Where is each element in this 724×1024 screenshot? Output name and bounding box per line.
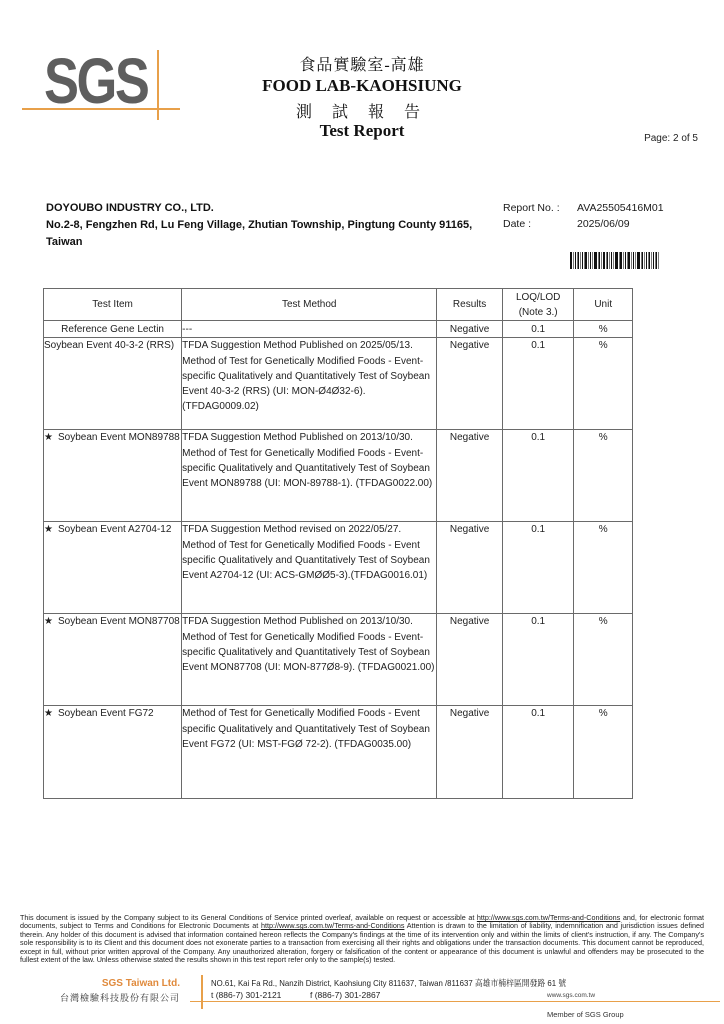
cell-test-method: --- bbox=[182, 321, 437, 338]
barcode bbox=[570, 252, 680, 269]
cell-test-item: Reference Gene Lectin bbox=[44, 321, 182, 338]
client-name: DOYOUBO INDUSTRY CO., LTD. bbox=[46, 200, 496, 217]
cell-test-item: ★Soybean Event MON87708 bbox=[44, 614, 182, 706]
table-header-row: Test Item Test Method Results LOQ/LOD (N… bbox=[44, 289, 633, 321]
cell-loq-lod: 0.1 bbox=[502, 522, 574, 614]
header-results: Results bbox=[437, 289, 503, 321]
cell-loq-lod: 0.1 bbox=[502, 430, 574, 522]
report-number-label: Report No. : bbox=[503, 200, 577, 216]
report-date-label: Date : bbox=[503, 216, 577, 232]
header-unit: Unit bbox=[574, 289, 633, 321]
footer-company-name: SGS Taiwan Ltd. bbox=[60, 978, 180, 989]
report-date-row: Date : 2025/06/09 bbox=[503, 216, 664, 232]
legal-disclaimer: This document is issued by the Company s… bbox=[20, 914, 704, 964]
report-date-value: 2025/06/09 bbox=[577, 216, 630, 232]
lab-name-chinese: 食品實驗室-高雄 bbox=[0, 52, 724, 75]
cell-test-item: ★Soybean Event MON89788 bbox=[44, 430, 182, 522]
cell-loq-lod: 0.1 bbox=[502, 321, 574, 338]
test-item-text: Soybean Event 40-3-2 (RRS) bbox=[44, 340, 174, 351]
table-row: Soybean Event 40-3-2 (RRS)TFDA Suggestio… bbox=[44, 338, 633, 430]
cell-unit: % bbox=[574, 706, 633, 799]
cell-loq-lod: 0.1 bbox=[502, 706, 574, 799]
report-meta: Report No. : AVA25505416M01 Date : 2025/… bbox=[503, 200, 664, 232]
cell-result: Negative bbox=[437, 614, 503, 706]
table-row: Reference Gene Lectin---Negative0.1% bbox=[44, 321, 633, 338]
header-test-item: Test Item bbox=[44, 289, 182, 321]
star-icon: ★ bbox=[44, 614, 58, 629]
footer-horizontal-rule bbox=[190, 1001, 720, 1002]
cell-test-method: TFDA Suggestion Method Published on 2013… bbox=[182, 614, 437, 706]
cell-loq-lod: 0.1 bbox=[502, 614, 574, 706]
cell-result: Negative bbox=[437, 321, 503, 338]
test-item-text: Soybean Event MON89788 bbox=[58, 432, 180, 443]
cell-test-method: TFDA Suggestion Method Published on 2025… bbox=[182, 338, 437, 430]
report-number-value: AVA25505416M01 bbox=[577, 200, 664, 216]
test-item-text: Soybean Event FG72 bbox=[58, 708, 154, 719]
cell-unit: % bbox=[574, 614, 633, 706]
star-icon: ★ bbox=[44, 430, 58, 445]
client-address-line2: Taiwan bbox=[46, 234, 496, 251]
footer-member-note: Member of SGS Group bbox=[547, 1010, 624, 1019]
footer-vertical-rule bbox=[201, 975, 203, 1009]
footer-telephone: t (886-7) 301-2121 bbox=[211, 990, 281, 1000]
star-icon: ★ bbox=[44, 522, 58, 537]
cell-result: Negative bbox=[437, 338, 503, 430]
footer-company-name-chinese: 台灣檢驗科技股份有限公司 bbox=[40, 991, 180, 1004]
cell-test-method: TFDA Suggestion Method revised on 2022/0… bbox=[182, 522, 437, 614]
cell-result: Negative bbox=[437, 430, 503, 522]
cell-result: Negative bbox=[437, 706, 503, 799]
table-row: ★Soybean Event MON87708TFDA Suggestion M… bbox=[44, 614, 633, 706]
cell-loq-lod: 0.1 bbox=[502, 338, 574, 430]
client-address-line1: No.2-8, Fengzhen Rd, Lu Feng Village, Zh… bbox=[46, 217, 496, 234]
cell-test-item: Soybean Event 40-3-2 (RRS) bbox=[44, 338, 182, 430]
footer-fax: f (886-7) 301-2867 bbox=[310, 990, 380, 1000]
test-item-text: Reference Gene Lectin bbox=[61, 324, 164, 335]
cell-unit: % bbox=[574, 430, 633, 522]
client-block: DOYOUBO INDUSTRY CO., LTD. No.2-8, Fengz… bbox=[46, 200, 496, 251]
header-loq-lod: LOQ/LOD (Note 3.) bbox=[502, 289, 574, 321]
header-loq-lod-note: (Note 3.) bbox=[503, 305, 574, 320]
report-title: Test Report bbox=[0, 121, 724, 141]
table-row: ★Soybean Event FG72Method of Test for Ge… bbox=[44, 706, 633, 799]
cell-unit: % bbox=[574, 338, 633, 430]
cell-test-item: ★Soybean Event FG72 bbox=[44, 706, 182, 799]
results-table: Test Item Test Method Results LOQ/LOD (N… bbox=[43, 288, 633, 799]
test-item-text: Soybean Event MON87708 bbox=[58, 616, 180, 627]
footer-website[interactable]: www.sgs.com.tw bbox=[547, 992, 595, 999]
cell-unit: % bbox=[574, 321, 633, 338]
footer-address: NO.61, Kai Fa Rd., Nanzih District, Kaoh… bbox=[211, 977, 566, 989]
report-title-chinese: 測 試 報 告 bbox=[0, 99, 724, 122]
cell-unit: % bbox=[574, 522, 633, 614]
star-icon: ★ bbox=[44, 706, 58, 721]
page-indicator: Page: 2 of 5 bbox=[644, 133, 698, 144]
cell-test-method: TFDA Suggestion Method Published on 2013… bbox=[182, 430, 437, 522]
header-loq-lod-label: LOQ/LOD bbox=[503, 290, 574, 305]
cell-result: Negative bbox=[437, 522, 503, 614]
test-item-text: Soybean Event A2704-12 bbox=[58, 524, 171, 535]
cell-test-item: ★Soybean Event A2704-12 bbox=[44, 522, 182, 614]
table-row: ★Soybean Event A2704-12TFDA Suggestion M… bbox=[44, 522, 633, 614]
table-row: ★Soybean Event MON89788TFDA Suggestion M… bbox=[44, 430, 633, 522]
lab-name-english: FOOD LAB-KAOHSIUNG bbox=[0, 76, 724, 96]
header-test-method: Test Method bbox=[182, 289, 437, 321]
cell-test-method: Method of Test for Genetically Modified … bbox=[182, 706, 437, 799]
report-number-row: Report No. : AVA25505416M01 bbox=[503, 200, 664, 216]
